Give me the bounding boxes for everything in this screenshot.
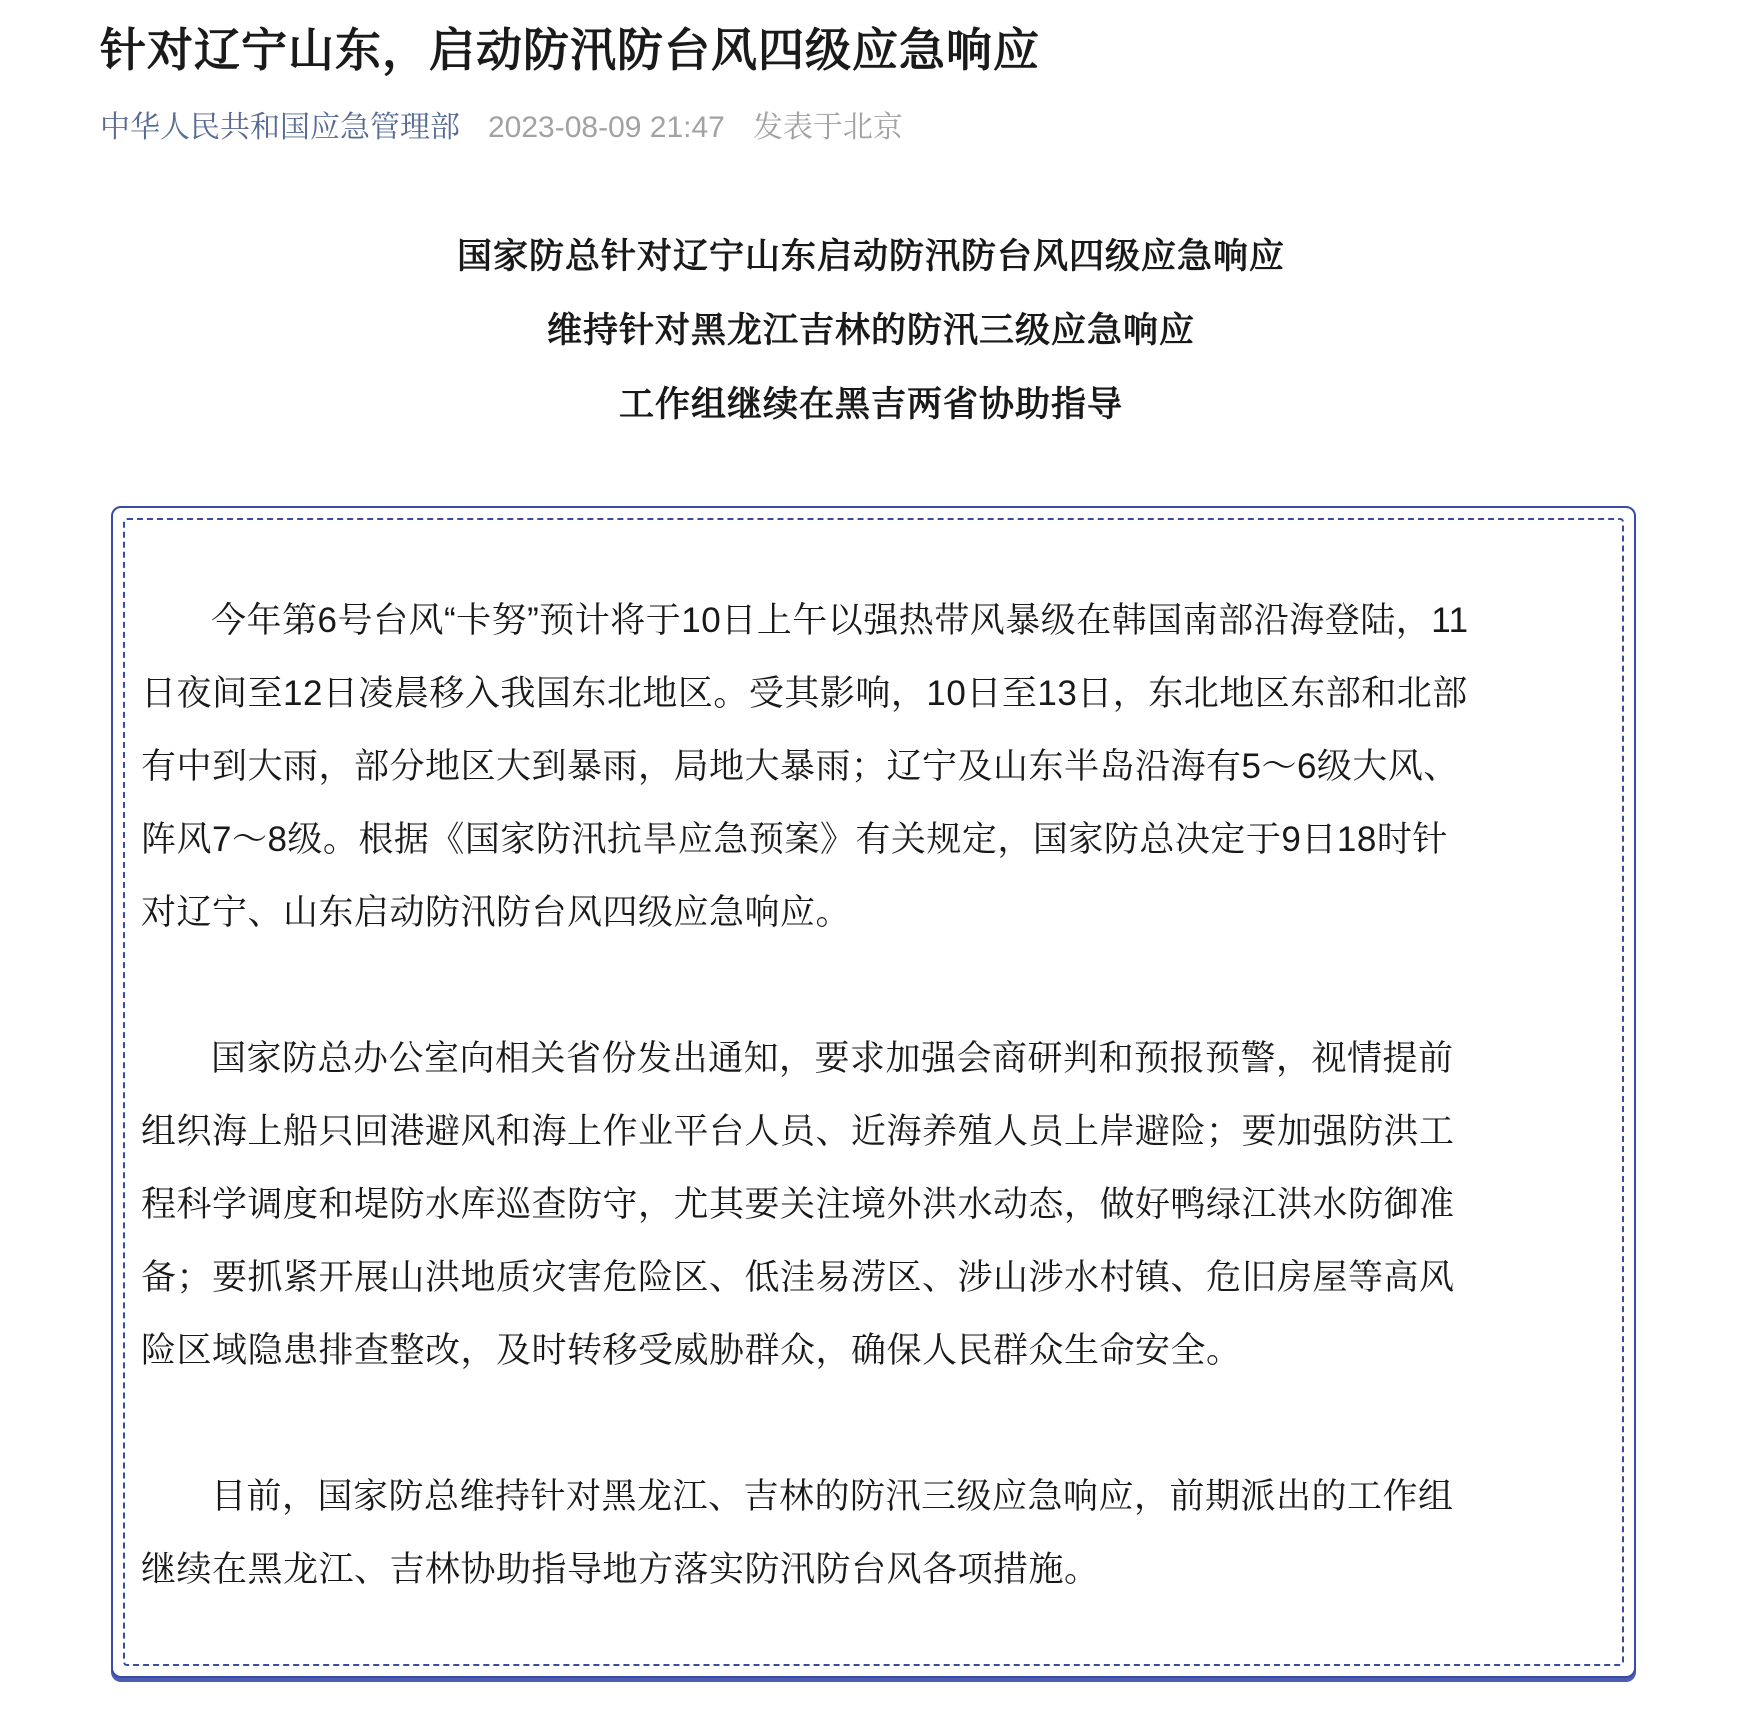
subtitle-line-1: 国家防总针对辽宁山东启动防汛防台风四级应急响应 [0, 238, 1742, 276]
article-paragraph-1: 今年第6号台风“卡努”预计将于10日上午以强热带风暴级在韩国南部沿海登陆，11日… [141, 584, 1476, 949]
article-subtitle-block: 国家防总针对辽宁山东启动防汛防台风四级应急响应 维持针对黑龙江吉林的防汛三级应急… [0, 238, 1742, 424]
notice-box: 今年第6号台风“卡努”预计将于10日上午以强热带风暴级在韩国南部沿海登陆，11日… [111, 506, 1636, 1678]
publish-location: 发表于北京 [753, 110, 903, 146]
subtitle-line-2: 维持针对黑龙江吉林的防汛三级应急响应 [0, 312, 1742, 350]
subtitle-line-3: 工作组继续在黑吉两省协助指导 [0, 386, 1742, 424]
page-title: 针对辽宁山东，启动防汛防台风四级应急响应 [100, 22, 1636, 80]
notice-box-inner: 今年第6号台风“卡努”预计将于10日上午以强热带风暴级在韩国南部沿海登陆，11日… [123, 518, 1624, 1666]
author-account-link[interactable]: 中华人民共和国应急管理部 [100, 110, 460, 146]
article-header: 针对辽宁山东，启动防汛防台风四级应急响应 中华人民共和国应急管理部 2023-0… [0, 22, 1742, 146]
byline: 中华人民共和国应急管理部 2023-08-09 21:47 发表于北京 [100, 110, 1636, 146]
article-page: 针对辽宁山东，启动防汛防台风四级应急响应 中华人民共和国应急管理部 2023-0… [0, 0, 1742, 1717]
publish-timestamp: 2023-08-09 21:47 [488, 110, 725, 146]
article-paragraph-2: 国家防总办公室向相关省份发出通知，要求加强会商研判和预报预警，视情提前组织海上船… [141, 1022, 1476, 1387]
bottom-spacer [0, 1678, 1742, 1704]
article-paragraph-3: 目前，国家防总维持针对黑龙江、吉林的防汛三级应急响应，前期派出的工作组继续在黑龙… [141, 1460, 1476, 1606]
